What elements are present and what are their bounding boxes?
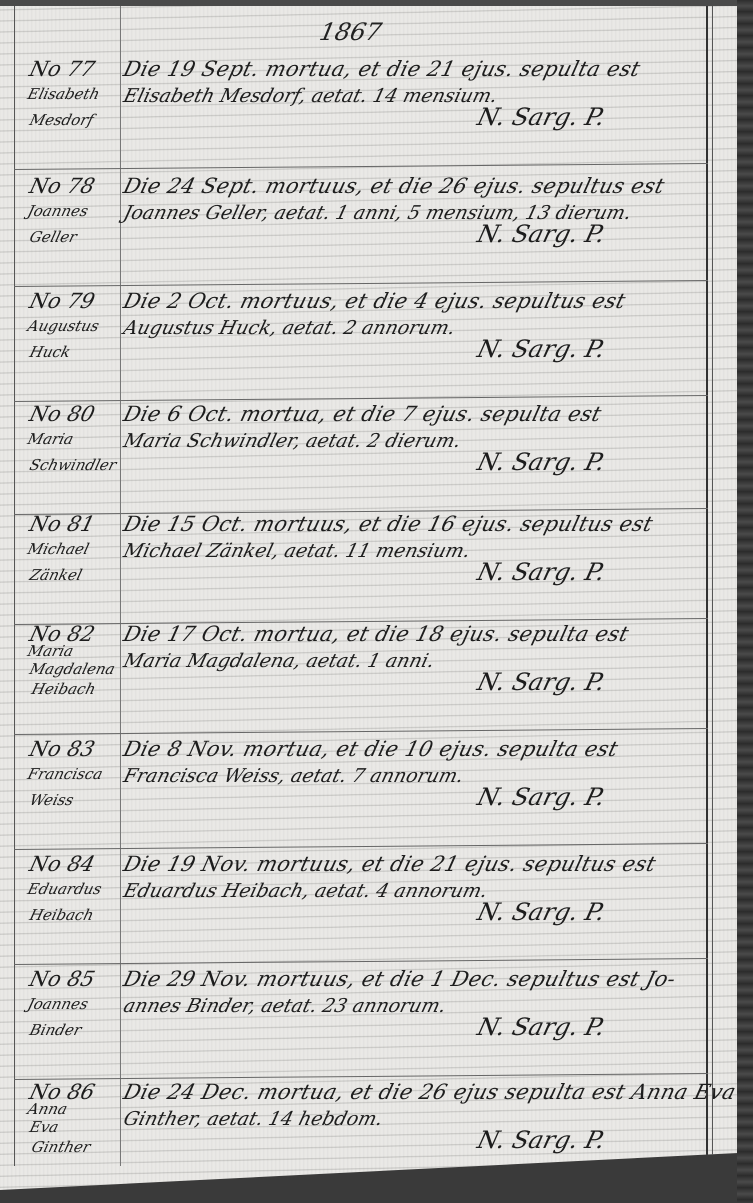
register-entry: No 82MariaMagdalenaHeibachDie 17 Oct. mo… <box>0 620 738 732</box>
priest-signature: N. Sarg. P. <box>475 220 608 248</box>
margin-given-name: Maria <box>26 430 76 448</box>
register-page: 1867 No 77ElisabethMesdorfDie 19 Sept. m… <box>0 0 738 1190</box>
register-entry: No 81MichaelZänkelDie 15 Oct. mortuus, e… <box>0 510 738 622</box>
priest-signature: N. Sarg. P. <box>475 448 608 476</box>
entry-record-line-2: Augustus Huck, aetat. 2 annorum. <box>121 317 457 339</box>
entry-number: No 79 <box>27 289 97 313</box>
entry-divider <box>14 843 708 850</box>
priest-signature: N. Sarg. P. <box>475 103 608 131</box>
margin-name-part: Binder <box>28 1021 84 1039</box>
entry-number: No 80 <box>27 402 97 426</box>
priest-signature: N. Sarg. P. <box>475 1013 608 1041</box>
entry-record-line-2: annes Binder, aetat. 23 annorum. <box>121 995 448 1017</box>
priest-signature: N. Sarg. P. <box>475 335 608 363</box>
entry-record-line-2: Eduardus Heibach, aetat. 4 annorum. <box>121 880 490 902</box>
entry-record-line-2: Elisabeth Mesdorf, aetat. 14 mensium. <box>121 85 500 107</box>
entry-record-line-1: Die 8 Nov. mortua, et die 10 ejus. sepul… <box>121 737 621 761</box>
entry-number: No 83 <box>27 737 97 761</box>
margin-name-part: Weiss <box>28 791 76 809</box>
priest-signature: N. Sarg. P. <box>475 898 608 926</box>
priest-signature: N. Sarg. P. <box>475 783 608 811</box>
entry-record-line-1: Die 19 Nov. mortuus, et die 21 ejus. sep… <box>121 852 658 876</box>
margin-surname: Heibach <box>30 680 98 698</box>
entry-number: No 84 <box>27 852 97 876</box>
entry-number: No 81 <box>27 512 97 536</box>
register-entry: No 83FranciscaWeissDie 8 Nov. mortua, et… <box>0 735 738 847</box>
register-entry: No 84EduardusHeibachDie 19 Nov. mortuus,… <box>0 850 738 962</box>
margin-name-part: Eva <box>28 1118 61 1136</box>
margin-given-name: Michael <box>26 540 91 558</box>
entry-record-line-2: Maria Magdalena, aetat. 1 anni. <box>121 650 437 672</box>
entry-record-line-1: Die 15 Oct. mortuus, et die 16 ejus. sep… <box>121 512 655 536</box>
entry-record-line-2: Maria Schwindler, aetat. 2 dierum. <box>121 430 463 452</box>
entry-record-line-1: Die 29 Nov. mortuus, et die 1 Dec. sepul… <box>121 967 678 991</box>
margin-given-name: Francisca <box>26 765 105 783</box>
entry-number: No 78 <box>27 174 97 198</box>
page-year: 1867 <box>317 18 384 46</box>
priest-signature: N. Sarg. P. <box>475 558 608 586</box>
entry-record-line-1: Die 17 Oct. mortua, et die 18 ejus. sepu… <box>121 622 631 646</box>
margin-name-part: Mesdorf <box>28 111 96 129</box>
margin-name-part: Heibach <box>28 906 96 924</box>
margin-name-part: Schwindler <box>28 456 119 474</box>
margin-given-name: Joannes <box>26 202 90 220</box>
entry-divider <box>14 280 708 287</box>
margin-given-name: Maria <box>26 642 76 660</box>
margin-given-name: Elisabeth <box>26 85 102 103</box>
register-entry: No 86AnnaEvaGintherDie 24 Dec. mortua, e… <box>0 1078 738 1190</box>
margin-name-part: Magdalena <box>28 660 117 678</box>
margin-given-name: Joannes <box>26 995 90 1013</box>
register-entry: No 78JoannesGellerDie 24 Sept. mortuus, … <box>0 172 738 284</box>
entry-record-line-2: Ginther, aetat. 14 hebdom. <box>121 1108 385 1130</box>
entry-record-line-2: Francisca Weiss, aetat. 7 annorum. <box>121 765 466 787</box>
register-entry: No 85JoannesBinderDie 29 Nov. mortuus, e… <box>0 965 738 1077</box>
entry-number: No 85 <box>27 967 97 991</box>
entry-divider <box>14 1186 708 1193</box>
entry-record-line-1: Die 19 Sept. mortua, et die 21 ejus. sep… <box>121 57 643 81</box>
scan-edge-right <box>737 0 753 1203</box>
entry-record-line-1: Die 2 Oct. mortuus, et die 4 ejus. sepul… <box>121 289 628 313</box>
margin-given-name: Augustus <box>26 317 101 335</box>
register-entry: No 77ElisabethMesdorfDie 19 Sept. mortua… <box>0 55 738 167</box>
entry-number: No 77 <box>27 57 97 81</box>
margin-name-part: Geller <box>28 228 79 246</box>
entry-record-line-2: Michael Zänkel, aetat. 11 mensium. <box>121 540 472 562</box>
entry-record-line-1: Die 24 Dec. mortua, et die 26 ejus sepul… <box>121 1080 738 1104</box>
margin-given-name: Anna <box>26 1100 70 1118</box>
register-entry: No 80MariaSchwindlerDie 6 Oct. mortua, e… <box>0 400 738 512</box>
entry-divider <box>14 728 708 735</box>
register-entry: No 79AugustusHuckDie 2 Oct. mortuus, et … <box>0 287 738 399</box>
margin-name-part: Zänkel <box>28 566 84 584</box>
priest-signature: N. Sarg. P. <box>475 668 608 696</box>
margin-surname: Ginther <box>30 1138 93 1156</box>
margin-name-part: Huck <box>28 343 73 361</box>
priest-signature: N. Sarg. P. <box>475 1126 608 1154</box>
entry-record-line-1: Die 24 Sept. mortuus, et die 26 ejus. se… <box>121 174 667 198</box>
margin-given-name: Eduardus <box>26 880 104 898</box>
entry-divider <box>14 958 708 965</box>
entry-divider <box>14 163 708 170</box>
entry-record-line-1: Die 6 Oct. mortua, et die 7 ejus. sepult… <box>121 402 604 426</box>
scan-edge-top <box>0 0 753 6</box>
